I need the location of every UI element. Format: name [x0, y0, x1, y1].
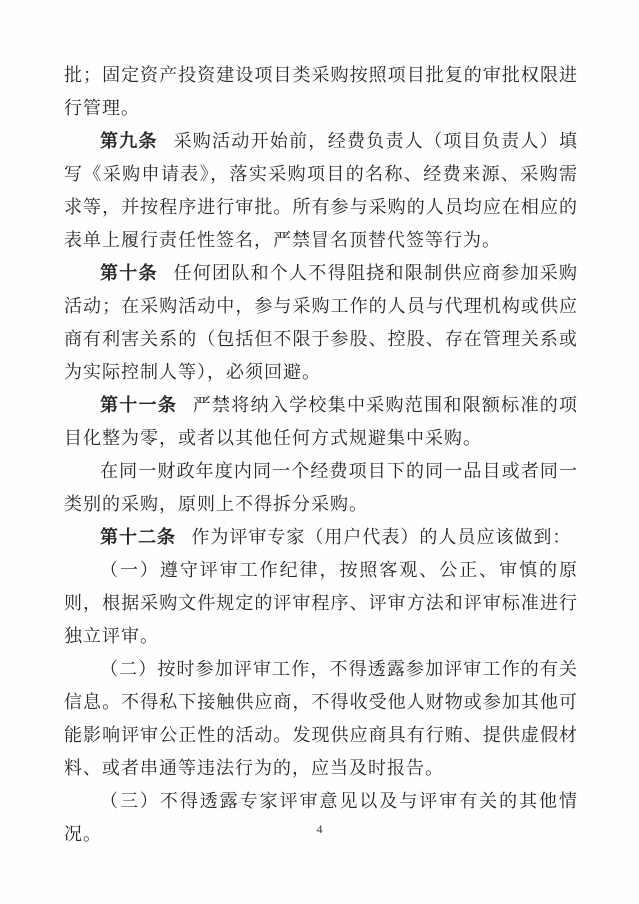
paragraph-text: （二）按时参加评审工作，不得透露参加评审工作的有关信息。不得私下接触供应商，不得…: [64, 659, 578, 778]
paragraph: 第九条 采购活动开始前，经费负责人（项目负责人）填写《采购申请表》，落实采购项目…: [64, 125, 578, 257]
paragraph: 第十一条 严禁将纳入学校集中采购范围和限额标准的项目化整为零，或者以其他任何方式…: [64, 389, 578, 455]
article-label: 第九条: [100, 131, 158, 151]
paragraph: （二）按时参加评审工作，不得透露参加评审工作的有关信息。不得私下接触供应商，不得…: [64, 653, 578, 785]
paragraph-text: 批；固定资产投资建设项目类采购按照项目批复的审批权限进行管理。: [64, 65, 578, 118]
document-page: 批；固定资产投资建设项目类采购按照项目批复的审批权限进行管理。 第九条 采购活动…: [0, 0, 639, 904]
paragraph: （一）遵守评审工作纪律，按照客观、公正、审慎的原则，根据采购文件规定的评审程序、…: [64, 554, 578, 653]
paragraph: 批；固定资产投资建设项目类采购按照项目批复的审批权限进行管理。: [64, 59, 578, 125]
paragraph: 第十二条 作为评审专家（用户代表）的人员应该做到：: [64, 521, 578, 554]
article-label: 第十条: [100, 263, 158, 283]
paragraph: （三）不得透露专家评审意见以及与评审有关的其他情况。: [64, 785, 578, 851]
document-body: 批；固定资产投资建设项目类采购按照项目批复的审批权限进行管理。 第九条 采购活动…: [64, 59, 578, 851]
paragraph-text: （一）遵守评审工作纪律，按照客观、公正、审慎的原则，根据采购文件规定的评审程序、…: [64, 560, 578, 646]
page-number: 4: [0, 822, 639, 837]
article-label: 第十一条: [100, 395, 177, 415]
article-label: 第十二条: [100, 527, 176, 547]
paragraph: 在同一财政年度内同一个经费项目下的同一品目或者同一类别的采购，原则上不得拆分采购…: [64, 455, 578, 521]
paragraph: 第十条 任何团队和个人不得阻挠和限制供应商参加采购活动；在采购活动中，参与采购工…: [64, 257, 578, 389]
paragraph-text: 在同一财政年度内同一个经费项目下的同一品目或者同一类别的采购，原则上不得拆分采购…: [64, 461, 578, 514]
paragraph-text: 作为评审专家（用户代表）的人员应该做到：: [191, 527, 571, 547]
